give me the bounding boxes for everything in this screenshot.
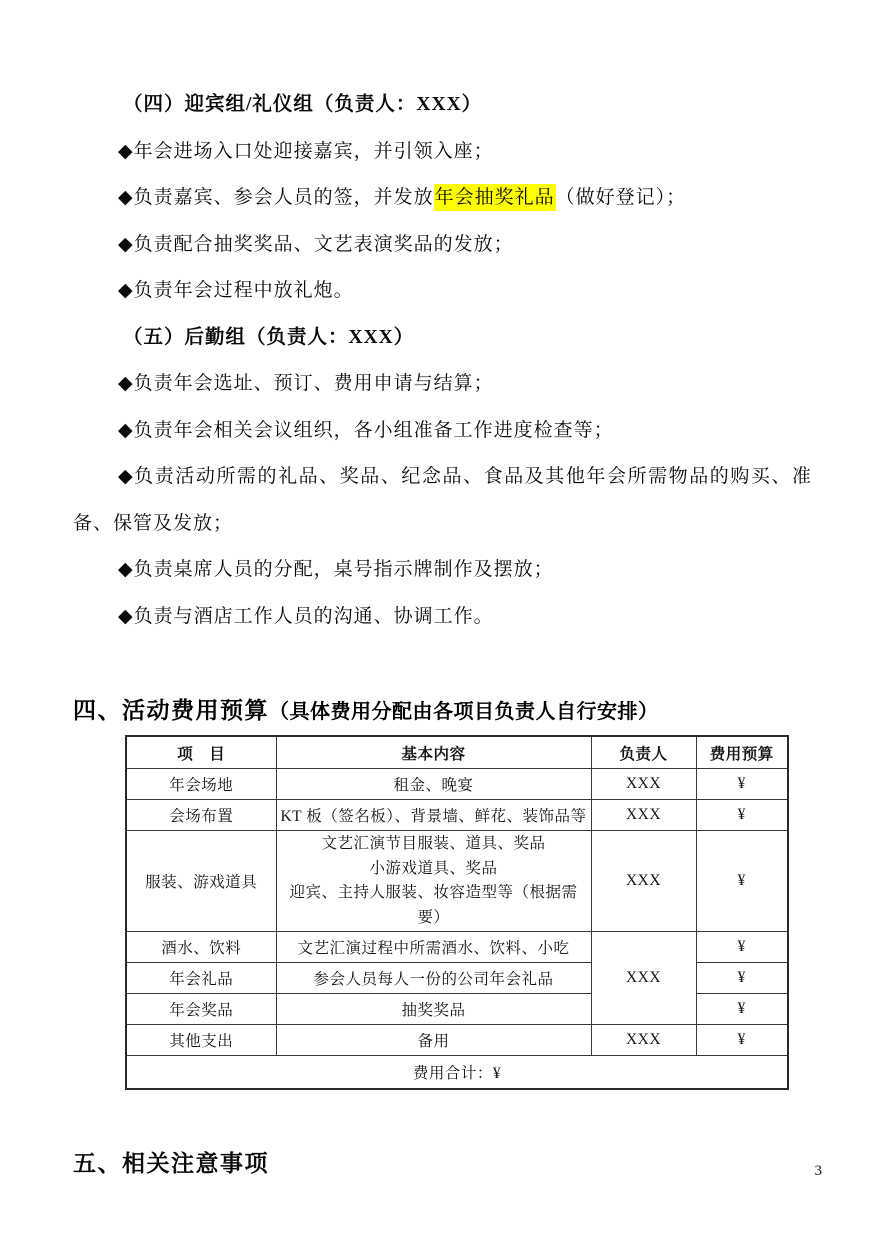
bullet-purchase-supplies: ◆负责活动所需的礼品、奖品、纪念品、食品及其他年会所需物品的购买、准备、保管及发… — [73, 454, 812, 547]
bullet-prize-distribution: ◆负责配合抽奖奖品、文艺表演奖品的发放； — [73, 222, 812, 269]
bullet-firecrackers: ◆负责年会过程中放礼炮。 — [73, 268, 812, 315]
page-number: 3 — [815, 1163, 823, 1180]
column-header-budget: 费用预算 — [696, 736, 788, 769]
section-title-notes: 五、相关注意事项 — [73, 1148, 812, 1178]
owner-cell: XXX — [591, 800, 696, 831]
total-cell: 费用合计：¥ — [126, 1056, 788, 1090]
budget-cell: ¥ — [696, 994, 788, 1025]
content-cell: 租金、晚宴 — [276, 769, 591, 800]
owner-cell: XXX — [591, 831, 696, 932]
content-cell: 参会人员每人一份的公司年会礼品 — [276, 963, 591, 994]
bullet-text-pre: ◆负责嘉宾、参会人员的签，并发放 — [118, 187, 434, 208]
item-cell: 其他支出 — [126, 1025, 276, 1056]
content-cell: 抽奖奖品 — [276, 994, 591, 1025]
content-cell: 文艺汇演节目服装、道具、奖品 小游戏道具、奖品 迎宾、主持人服装、妆容造型等（根… — [276, 831, 591, 932]
item-cell: 酒水、饮料 — [126, 932, 276, 963]
content-cell: 备用 — [276, 1025, 591, 1056]
bullet-greet-guests: ◆年会进场入口处迎接嘉宾，并引领入座； — [73, 129, 812, 176]
owner-cell-merged: XXX — [591, 932, 696, 1025]
table-row-costumes-props: 服装、游戏道具 文艺汇演节目服装、道具、奖品 小游戏道具、奖品 迎宾、主持人服装… — [126, 831, 788, 932]
bullet-seating-assignment: ◆负责桌席人员的分配，桌号指示牌制作及摆放； — [73, 547, 812, 594]
budget-title-main: 四、活动费用预算 — [73, 697, 269, 723]
document-body: （四）迎宾组/礼仪组（负责人：XXX） ◆年会进场入口处迎接嘉宾，并引领入座； … — [73, 82, 812, 1178]
bullet-text-post: （做好登记）； — [556, 187, 687, 208]
section-heading-logistics-group: （五）后勤组（负责人：XXX） — [73, 315, 812, 362]
budget-cell: ¥ — [696, 769, 788, 800]
bullet-meeting-organization: ◆负责年会相关会议组织，各小组准备工作进度检查等； — [73, 408, 812, 455]
content-cell: 文艺汇演过程中所需酒水、饮料、小吃 — [276, 932, 591, 963]
budget-title-note: （具体费用分配由各项目负责人自行安排） — [269, 701, 659, 723]
table-row-decoration: 会场布置 KT 板（签名板）、背景墙、鲜花、装饰品等 XXX ¥ — [126, 800, 788, 831]
bullet-venue-booking: ◆负责年会选址、预订、费用申请与结算； — [73, 361, 812, 408]
bullet-signin-and-gifts: ◆负责嘉宾、参会人员的签，并发放年会抽奖礼品（做好登记）； — [73, 175, 812, 222]
content-line: 文艺汇演节目服装、道具、奖品 — [280, 832, 588, 857]
budget-cell: ¥ — [696, 932, 788, 963]
table-row-other-expenses: 其他支出 备用 XXX ¥ — [126, 1025, 788, 1056]
budget-cell: ¥ — [696, 963, 788, 994]
budget-cell: ¥ — [696, 831, 788, 932]
content-line: 迎宾、主持人服装、妆容造型等（根据需要） — [280, 881, 588, 930]
budget-table: 项 目 基本内容 负责人 费用预算 年会场地 租金、晚宴 XXX ¥ 会场布置 … — [125, 735, 789, 1090]
budget-table-header-row: 项 目 基本内容 负责人 费用预算 — [126, 736, 788, 769]
item-cell: 会场布置 — [126, 800, 276, 831]
column-header-owner: 负责人 — [591, 736, 696, 769]
item-cell: 年会场地 — [126, 769, 276, 800]
content-cell: KT 板（签名板）、背景墙、鲜花、装饰品等 — [276, 800, 591, 831]
item-cell: 年会奖品 — [126, 994, 276, 1025]
column-header-item: 项 目 — [126, 736, 276, 769]
highlighted-text-lottery-gifts: 年会抽奖礼品 — [434, 184, 556, 211]
item-cell: 服装、游戏道具 — [126, 831, 276, 932]
table-row-drinks: 酒水、饮料 文艺汇演过程中所需酒水、饮料、小吃 XXX ¥ — [126, 932, 788, 963]
table-row-venue: 年会场地 租金、晚宴 XXX ¥ — [126, 769, 788, 800]
section-heading-welcome-group: （四）迎宾组/礼仪组（负责人：XXX） — [73, 82, 812, 129]
section-title-budget: 四、活动费用预算（具体费用分配由各项目负责人自行安排） — [73, 695, 812, 727]
owner-cell: XXX — [591, 1025, 696, 1056]
document-page: （四）迎宾组/礼仪组（负责人：XXX） ◆年会进场入口处迎接嘉宾，并引领入座； … — [0, 0, 884, 1250]
column-header-content: 基本内容 — [276, 736, 591, 769]
owner-cell: XXX — [591, 769, 696, 800]
table-row-total: 费用合计：¥ — [126, 1056, 788, 1090]
budget-cell: ¥ — [696, 800, 788, 831]
budget-cell: ¥ — [696, 1025, 788, 1056]
bullet-hotel-coordination: ◆负责与酒店工作人员的沟通、协调工作。 — [73, 594, 812, 641]
content-line: 小游戏道具、奖品 — [280, 857, 588, 882]
item-cell: 年会礼品 — [126, 963, 276, 994]
